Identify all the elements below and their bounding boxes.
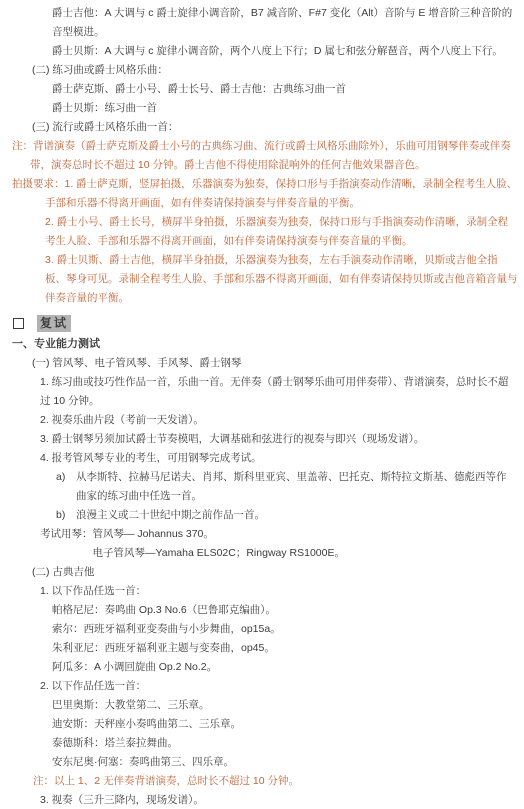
group2-item-2-heading: 2. 以下作品任选一首： [0,677,518,696]
subitem-b-text: 浪漫主义或二十世纪中期之前作品一首。 [76,506,518,525]
jazz-pop-heading: (三) 流行或爵士风格乐曲一首： [0,118,518,137]
filming-requirements-label: 拍摄要求： [12,178,65,190]
exam-instruments: 考试用琴： 管风琴— Johannus 370。 电子管风琴—Yamaha EL… [0,525,518,563]
group2-heading: (二) 古典吉他 [0,563,518,582]
exam-instruments-list: 管风琴— Johannus 370。 电子管风琴—Yamaha ELS02C；R… [93,525,519,563]
group2-item-2-work-4: 安东尼奥·何塞：奏鸣曲第三、四乐章。 [0,753,518,772]
group2-item-1-work-4: 阿瓜多：A 小调回旋曲 Op.2 No.2。 [0,658,518,677]
group2-item-3: 3. 视奏（三升三降内，现场发谱）。 [0,791,518,809]
exam-instruments-label: 考试用琴： [40,525,93,563]
jazz-note-label: 注： [12,140,33,152]
section-professional-ability-title: 一、专业能力测试 [0,335,518,354]
group1-subitem-a: a) 从李斯特、拉赫马尼诺夫、肖邦、斯科里亚宾、里盖蒂、巴托克、斯特拉文斯基、德… [0,468,518,506]
subitem-b-marker: b) [56,506,76,525]
group2-item-1-work-2: 索尔：西班牙福利亚变奏曲与小步舞曲，op15a。 [0,620,518,639]
group2-item-2-work-1: 巴里奥斯：大教堂第二、三乐章。 [0,696,518,715]
retest-heading: 复试 [0,311,518,335]
group1-subitem-b: b) 浪漫主义或二十世纪中期之前作品一首。 [0,506,518,525]
subitem-a-text: 从李斯特、拉赫马尼诺夫、肖邦、斯科里亚宾、里盖蒂、巴托克、斯特拉文斯基、德彪西等… [76,468,518,506]
exam-instrument-electronic-organ: 电子管风琴—Yamaha ELS02C；Ringway RS1000E。 [93,544,519,563]
group1-item-2: 2. 视奏乐曲片段（考前一天发谱）。 [0,411,518,430]
group2-item-2-work-3: 泰德斯科：塔兰泰拉舞曲。 [0,734,518,753]
jazz-bass-scales-line: 爵士贝斯：A 大调与 c 旋律小调音阶，两个八度上下行；D 属七和弦分解琶音，两… [0,42,518,61]
group2-item-1-work-3: 朱利亚尼：西班牙福利亚主题与变奏曲，op45。 [0,639,518,658]
filming-requirements-item-3: 3. 爵士贝斯、爵士吉他，横屏半身拍摄，乐器演奏为独奏，左右手演奏动作清晰，贝斯… [0,251,518,308]
group2-item-1-work-1: 帕格尼尼：奏鸣曲 Op.3 No.6（巴鲁耶克编曲）。 [0,601,518,620]
jazz-etude-line-1: 爵士萨克斯、爵士小号、爵士长号、爵士吉他：古典练习曲一首 [0,80,518,99]
checkbox-square-icon [13,318,24,329]
retest-title: 复试 [37,315,71,332]
document-page: 爵士吉他：A 大调与 c 爵士旋律小调音阶，B7 减音阶、F#7 变化（Alt）… [0,0,524,809]
group2-item-1-heading: 1. 以下作品任选一首： [0,582,518,601]
jazz-etude-heading: (二) 练习曲或爵士风格乐曲： [0,61,518,80]
group1-item-3: 3. 爵士钢琴另须加试爵士节奏模唱，大调基础和弦进行的视奏与即兴（现场发谱）。 [0,430,518,449]
group1-heading: (一) 管风琴、电子管风琴、手风琴、爵士钢琴 [0,354,518,373]
jazz-etude-line-2: 爵士贝斯：练习曲一首 [0,99,518,118]
exam-instrument-organ: 管风琴— Johannus 370。 [93,525,519,544]
group2-item-2-work-2: 迪安斯：天秤座小奏鸣曲第二、三乐章。 [0,715,518,734]
jazz-guitar-scales-line: 爵士吉他：A 大调与 c 爵士旋律小调音阶，B7 减音阶、F#7 变化（Alt）… [0,4,518,42]
jazz-note: 注：背谱演奏（爵士萨克斯及爵士小号的古典练习曲、流行或爵士风格乐曲除外），乐曲可… [0,137,518,175]
jazz-note-text: 背谱演奏（爵士萨克斯及爵士小号的古典练习曲、流行或爵士风格乐曲除外），乐曲可用钢… [30,140,511,171]
filming-requirements-item-1: 拍摄要求：1. 爵士萨克斯，竖屏拍摄，乐器演奏为独奏，保持口形与手指演奏动作清晰… [0,175,518,213]
filming-requirements-item-2: 2. 爵士小号、爵士长号，横屏半身拍摄，乐器演奏为独奏，保持口形与手指演奏动作清… [0,213,518,251]
subitem-a-marker: a) [56,468,76,506]
filming-item-1-text: 1. 爵士萨克斯，竖屏拍摄，乐器演奏为独奏，保持口形与手指演奏动作清晰，录制全程… [45,178,517,209]
group2-note: 注：以上 1、2 无伴奏背谱演奏，总时长不超过 10 分钟。 [0,772,518,791]
group1-item-1: 1. 练习曲或技巧性作品一首，乐曲一首。无伴奏（爵士钢琴乐曲可用伴奏带）、背谱演… [0,373,518,411]
group1-item-4: 4. 报考管风琴专业的考生，可用钢琴完成考试。 [0,449,518,468]
